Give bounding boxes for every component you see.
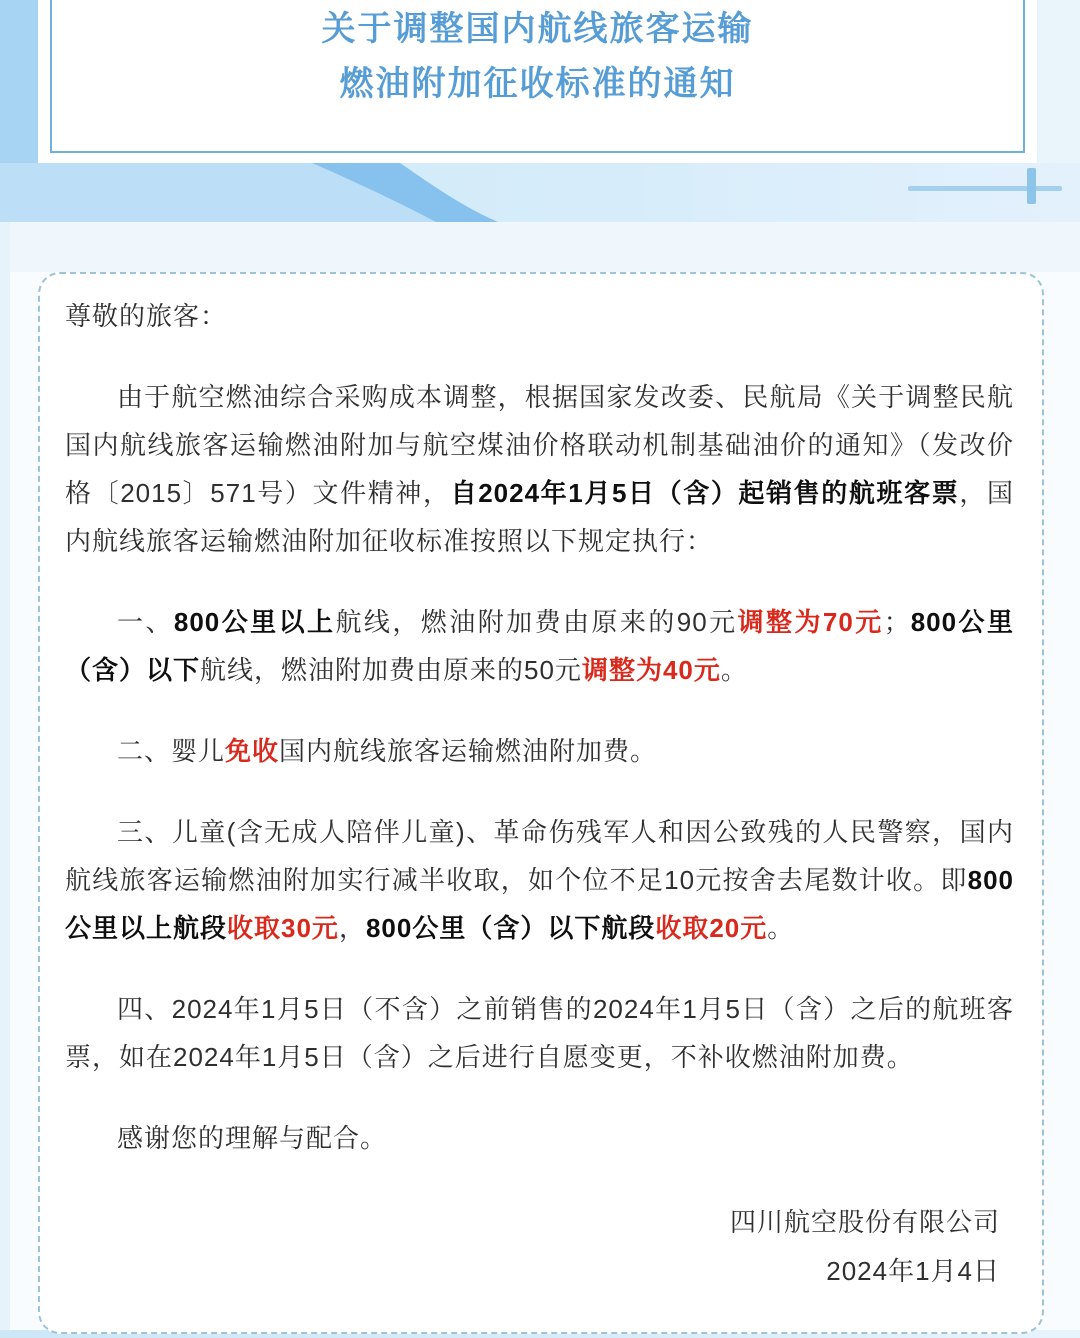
paragraph-intro: 由于航空燃油综合采购成本调整，根据国家发改委、民航局《关于调整民航国内航线旅客运… xyxy=(65,373,1014,565)
light-band xyxy=(0,222,1080,272)
paragraph-item-1: 一、800公里以上航线，燃油附加费由原来的90元调整为70元；800公里（含）以… xyxy=(65,598,1014,694)
fuel-surcharge-notice-page: 关于调整国内航线旅客运输 燃油附加征收标准的通知 尊敬的旅客： 由于航空燃油综合… xyxy=(0,0,1080,1338)
paragraph-item-3: 三、儿童(含无成人陪伴儿童)、革命伤残军人和因公致残的人民警察，国内航线旅客运输… xyxy=(65,808,1014,952)
ribbon-decoration xyxy=(0,163,1080,222)
notice-title-line2: 燃油附加征收标准的通知 xyxy=(38,57,1037,112)
paragraph-thanks: 感谢您的理解与配合。 xyxy=(65,1114,1014,1162)
notice-title: 关于调整国内航线旅客运输 燃油附加征收标准的通知 xyxy=(38,2,1037,112)
paragraph-item-4: 四、2024年1月5日（不含）之前销售的2024年1月5日（含）之后的航班客票，… xyxy=(65,985,1014,1081)
right-edge-background xyxy=(1037,0,1080,163)
signature-date: 2024年1月4日 xyxy=(65,1247,1000,1296)
title-card: 关于调整国内航线旅客运输 燃油附加征收标准的通知 xyxy=(38,0,1037,163)
plus-icon xyxy=(1027,168,1036,204)
plus-icon xyxy=(908,186,1062,191)
paragraph-item-2: 二、婴儿免收国内航线旅客运输燃油附加费。 xyxy=(65,727,1014,775)
greeting: 尊敬的旅客： xyxy=(65,292,1014,340)
decorative-band xyxy=(0,163,1080,222)
left-side-strip xyxy=(0,222,10,1338)
notice-body: 尊敬的旅客： 由于航空燃油综合采购成本调整，根据国家发改委、民航局《关于调整民航… xyxy=(38,272,1044,1334)
notice-title-line1: 关于调整国内航线旅客运输 xyxy=(38,2,1037,57)
signature-company: 四川航空股份有限公司 xyxy=(65,1198,1000,1247)
signature-block: 四川航空股份有限公司 2024年1月4日 xyxy=(65,1198,1014,1296)
